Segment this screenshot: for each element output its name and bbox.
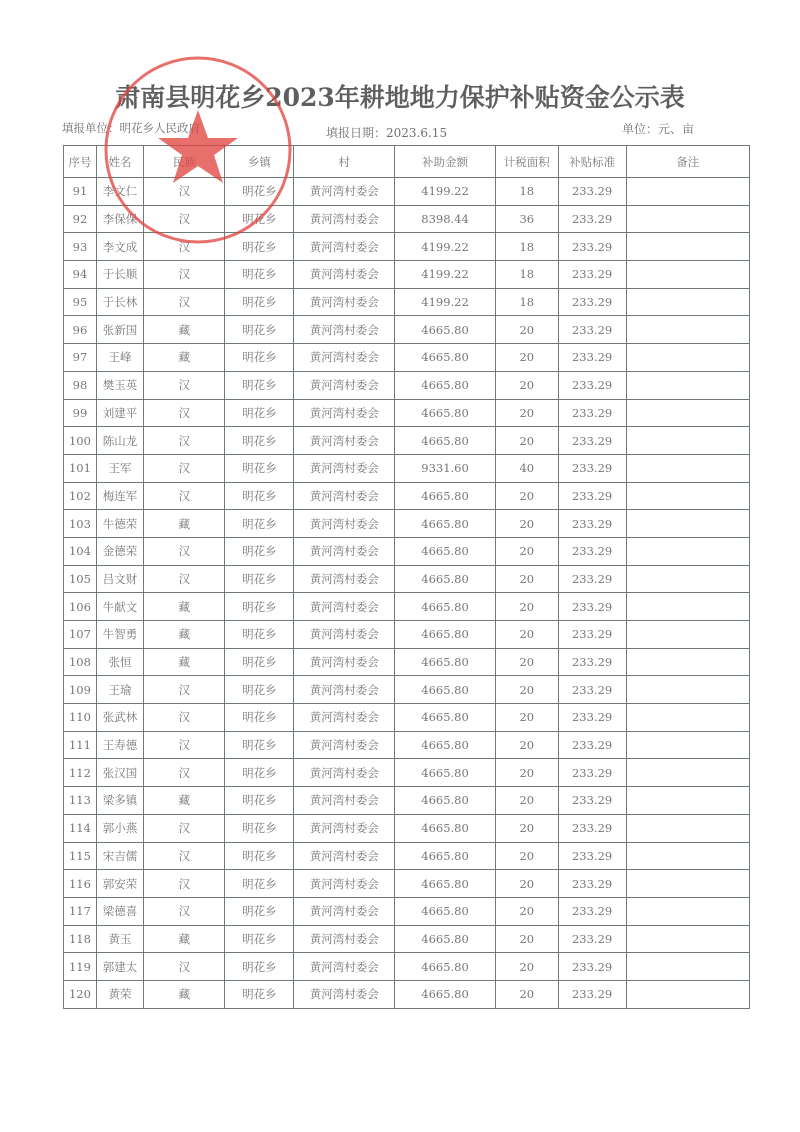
cell-subsidy-standard: 233.29 — [558, 233, 626, 261]
cell-taxable-area: 20 — [495, 897, 558, 925]
table-row: 99刘建平汉明花乡黄河湾村委会4665.8020233.29 — [64, 399, 750, 427]
cell-village: 黄河湾村委会 — [294, 648, 395, 676]
cell-taxable-area: 20 — [495, 731, 558, 759]
cell-remarks — [626, 427, 749, 455]
cell-subsidy-amount: 4665.80 — [395, 371, 496, 399]
cell-village: 黄河湾村委会 — [294, 288, 395, 316]
cell-remarks — [626, 593, 749, 621]
subsidy-table: 序号姓名民族乡镇村补助金额计税面积补贴标准备注 91李文仁汉明花乡黄河湾村委会4… — [63, 145, 750, 1009]
cell-subsidy-standard: 233.29 — [558, 344, 626, 372]
cell-ethnicity: 藏 — [144, 510, 225, 538]
cell-index: 112 — [64, 759, 97, 787]
cell-name: 樊玉英 — [96, 371, 143, 399]
cell-name: 张恒 — [96, 648, 143, 676]
cell-name: 牛献文 — [96, 593, 143, 621]
cell-township: 明花乡 — [225, 621, 294, 649]
cell-name: 郭安荣 — [96, 870, 143, 898]
cell-taxable-area: 20 — [495, 676, 558, 704]
cell-ethnicity: 汉 — [144, 482, 225, 510]
cell-name: 宋吉儒 — [96, 842, 143, 870]
cell-remarks — [626, 482, 749, 510]
cell-index: 115 — [64, 842, 97, 870]
cell-village: 黄河湾村委会 — [294, 704, 395, 732]
cell-subsidy-standard: 233.29 — [558, 565, 626, 593]
cell-name: 黄玉 — [96, 925, 143, 953]
cell-township: 明花乡 — [225, 316, 294, 344]
cell-taxable-area: 20 — [495, 510, 558, 538]
cell-subsidy-amount: 4665.80 — [395, 759, 496, 787]
header-township: 乡镇 — [225, 146, 294, 178]
table-row: 111王寿德汉明花乡黄河湾村委会4665.8020233.29 — [64, 731, 750, 759]
cell-subsidy-standard: 233.29 — [558, 842, 626, 870]
cell-subsidy-standard: 233.29 — [558, 537, 626, 565]
cell-subsidy-standard: 233.29 — [558, 953, 626, 981]
cell-remarks — [626, 316, 749, 344]
table-row: 102梅连军汉明花乡黄河湾村委会4665.8020233.29 — [64, 482, 750, 510]
cell-index: 106 — [64, 593, 97, 621]
cell-ethnicity: 汉 — [144, 953, 225, 981]
cell-taxable-area: 20 — [495, 344, 558, 372]
cell-taxable-area: 18 — [495, 233, 558, 261]
cell-taxable-area: 20 — [495, 759, 558, 787]
cell-subsidy-amount: 4665.80 — [395, 731, 496, 759]
cell-index: 93 — [64, 233, 97, 261]
cell-subsidy-amount: 4665.80 — [395, 980, 496, 1008]
cell-subsidy-standard: 233.29 — [558, 316, 626, 344]
cell-township: 明花乡 — [225, 787, 294, 815]
cell-village: 黄河湾村委会 — [294, 676, 395, 704]
cell-village: 黄河湾村委会 — [294, 233, 395, 261]
cell-subsidy-amount: 4665.80 — [395, 593, 496, 621]
cell-village: 黄河湾村委会 — [294, 621, 395, 649]
cell-taxable-area: 20 — [495, 537, 558, 565]
cell-taxable-area: 20 — [495, 399, 558, 427]
table-row: 112张汉国汉明花乡黄河湾村委会4665.8020233.29 — [64, 759, 750, 787]
cell-remarks — [626, 371, 749, 399]
table-row: 118黄玉藏明花乡黄河湾村委会4665.8020233.29 — [64, 925, 750, 953]
cell-ethnicity: 汉 — [144, 565, 225, 593]
cell-township: 明花乡 — [225, 178, 294, 206]
cell-township: 明花乡 — [225, 454, 294, 482]
cell-township: 明花乡 — [225, 371, 294, 399]
cell-name: 李保保 — [96, 205, 143, 233]
cell-taxable-area: 20 — [495, 593, 558, 621]
cell-subsidy-amount: 4665.80 — [395, 427, 496, 455]
cell-subsidy-standard: 233.29 — [558, 621, 626, 649]
cell-village: 黄河湾村委会 — [294, 593, 395, 621]
cell-name: 李文仁 — [96, 178, 143, 206]
table-row: 114郭小燕汉明花乡黄河湾村委会4665.8020233.29 — [64, 814, 750, 842]
cell-remarks — [626, 510, 749, 538]
header-subsidy-amount: 补助金额 — [395, 146, 496, 178]
cell-remarks — [626, 261, 749, 289]
cell-township: 明花乡 — [225, 925, 294, 953]
table-row: 96张新国藏明花乡黄河湾村委会4665.8020233.29 — [64, 316, 750, 344]
table-row: 119郭建太汉明花乡黄河湾村委会4665.8020233.29 — [64, 953, 750, 981]
table-header-row: 序号姓名民族乡镇村补助金额计税面积补贴标准备注 — [64, 146, 750, 178]
cell-index: 110 — [64, 704, 97, 732]
cell-subsidy-amount: 4665.80 — [395, 870, 496, 898]
cell-name: 于长林 — [96, 288, 143, 316]
cell-remarks — [626, 676, 749, 704]
cell-subsidy-amount: 4665.80 — [395, 510, 496, 538]
table-row: 105吕文财汉明花乡黄河湾村委会4665.8020233.29 — [64, 565, 750, 593]
document-title: 肃南县明花乡2023年耕地地力保护补贴资金公示表 — [0, 78, 800, 114]
cell-subsidy-amount: 4199.22 — [395, 233, 496, 261]
cell-taxable-area: 20 — [495, 870, 558, 898]
header-remarks: 备注 — [626, 146, 749, 178]
cell-taxable-area: 36 — [495, 205, 558, 233]
cell-index: 95 — [64, 288, 97, 316]
cell-village: 黄河湾村委会 — [294, 980, 395, 1008]
cell-subsidy-amount: 4199.22 — [395, 178, 496, 206]
table-row: 103牛德荣藏明花乡黄河湾村委会4665.8020233.29 — [64, 510, 750, 538]
cell-ethnicity: 藏 — [144, 980, 225, 1008]
table-row: 95于长林汉明花乡黄河湾村委会4199.2218233.29 — [64, 288, 750, 316]
cell-taxable-area: 20 — [495, 787, 558, 815]
cell-village: 黄河湾村委会 — [294, 178, 395, 206]
table-row: 97王峰藏明花乡黄河湾村委会4665.8020233.29 — [64, 344, 750, 372]
table-row: 120黄荣藏明花乡黄河湾村委会4665.8020233.29 — [64, 980, 750, 1008]
cell-taxable-area: 20 — [495, 814, 558, 842]
cell-subsidy-standard: 233.29 — [558, 482, 626, 510]
cell-township: 明花乡 — [225, 676, 294, 704]
cell-index: 109 — [64, 676, 97, 704]
cell-ethnicity: 汉 — [144, 704, 225, 732]
cell-remarks — [626, 704, 749, 732]
cell-index: 111 — [64, 731, 97, 759]
cell-ethnicity: 汉 — [144, 731, 225, 759]
cell-village: 黄河湾村委会 — [294, 925, 395, 953]
cell-subsidy-amount: 8398.44 — [395, 205, 496, 233]
cell-remarks — [626, 870, 749, 898]
cell-taxable-area: 20 — [495, 565, 558, 593]
cell-ethnicity: 藏 — [144, 316, 225, 344]
cell-ethnicity: 汉 — [144, 842, 225, 870]
cell-village: 黄河湾村委会 — [294, 399, 395, 427]
cell-index: 108 — [64, 648, 97, 676]
cell-subsidy-standard: 233.29 — [558, 704, 626, 732]
cell-village: 黄河湾村委会 — [294, 787, 395, 815]
cell-subsidy-amount: 4665.80 — [395, 399, 496, 427]
cell-village: 黄河湾村委会 — [294, 537, 395, 565]
cell-remarks — [626, 897, 749, 925]
cell-name: 牛德荣 — [96, 510, 143, 538]
cell-taxable-area: 20 — [495, 925, 558, 953]
cell-taxable-area: 20 — [495, 316, 558, 344]
cell-subsidy-standard: 233.29 — [558, 399, 626, 427]
cell-ethnicity: 藏 — [144, 648, 225, 676]
table-row: 107牛智勇藏明花乡黄河湾村委会4665.8020233.29 — [64, 621, 750, 649]
cell-subsidy-amount: 4665.80 — [395, 704, 496, 732]
cell-township: 明花乡 — [225, 704, 294, 732]
cell-remarks — [626, 454, 749, 482]
cell-subsidy-amount: 4665.80 — [395, 565, 496, 593]
cell-index: 98 — [64, 371, 97, 399]
cell-ethnicity: 藏 — [144, 925, 225, 953]
cell-name: 牛智勇 — [96, 621, 143, 649]
header-name: 姓名 — [96, 146, 143, 178]
cell-township: 明花乡 — [225, 399, 294, 427]
cell-ethnicity: 汉 — [144, 178, 225, 206]
cell-taxable-area: 20 — [495, 371, 558, 399]
cell-remarks — [626, 205, 749, 233]
cell-subsidy-amount: 4665.80 — [395, 621, 496, 649]
cell-subsidy-amount: 4199.22 — [395, 261, 496, 289]
table-row: 113梁多镇藏明花乡黄河湾村委会4665.8020233.29 — [64, 787, 750, 815]
cell-village: 黄河湾村委会 — [294, 205, 395, 233]
cell-subsidy-amount: 4665.80 — [395, 676, 496, 704]
cell-township: 明花乡 — [225, 593, 294, 621]
cell-subsidy-amount: 4665.80 — [395, 897, 496, 925]
cell-township: 明花乡 — [225, 565, 294, 593]
cell-remarks — [626, 842, 749, 870]
cell-township: 明花乡 — [225, 870, 294, 898]
cell-index: 99 — [64, 399, 97, 427]
cell-township: 明花乡 — [225, 731, 294, 759]
cell-name: 王军 — [96, 454, 143, 482]
cell-remarks — [626, 178, 749, 206]
cell-subsidy-standard: 233.29 — [558, 814, 626, 842]
cell-ethnicity: 藏 — [144, 593, 225, 621]
cell-taxable-area: 20 — [495, 621, 558, 649]
report-date: 填报日期：2023.6.15 — [326, 124, 447, 141]
cell-subsidy-amount: 4665.80 — [395, 537, 496, 565]
cell-name: 梁多镇 — [96, 787, 143, 815]
cell-ethnicity: 汉 — [144, 537, 225, 565]
header-ethnicity: 民族 — [144, 146, 225, 178]
cell-township: 明花乡 — [225, 510, 294, 538]
cell-name: 陈山龙 — [96, 427, 143, 455]
cell-township: 明花乡 — [225, 537, 294, 565]
cell-remarks — [626, 648, 749, 676]
cell-index: 102 — [64, 482, 97, 510]
cell-name: 张汉国 — [96, 759, 143, 787]
cell-name: 郭建太 — [96, 953, 143, 981]
table-row: 93李文成汉明花乡黄河湾村委会4199.2218233.29 — [64, 233, 750, 261]
cell-village: 黄河湾村委会 — [294, 814, 395, 842]
cell-subsidy-standard: 233.29 — [558, 205, 626, 233]
cell-ethnicity: 汉 — [144, 897, 225, 925]
cell-township: 明花乡 — [225, 842, 294, 870]
cell-ethnicity: 汉 — [144, 427, 225, 455]
cell-township: 明花乡 — [225, 233, 294, 261]
cell-taxable-area: 20 — [495, 953, 558, 981]
cell-township: 明花乡 — [225, 980, 294, 1008]
table-row: 101王军汉明花乡黄河湾村委会9331.6040233.29 — [64, 454, 750, 482]
header-index: 序号 — [64, 146, 97, 178]
cell-subsidy-amount: 4665.80 — [395, 953, 496, 981]
cell-subsidy-amount: 4665.80 — [395, 482, 496, 510]
table-row: 116郭安荣汉明花乡黄河湾村委会4665.8020233.29 — [64, 870, 750, 898]
cell-village: 黄河湾村委会 — [294, 316, 395, 344]
cell-township: 明花乡 — [225, 344, 294, 372]
cell-village: 黄河湾村委会 — [294, 454, 395, 482]
table-row: 110张武林汉明花乡黄河湾村委会4665.8020233.29 — [64, 704, 750, 732]
cell-taxable-area: 18 — [495, 178, 558, 206]
cell-subsidy-amount: 4665.80 — [395, 316, 496, 344]
cell-index: 104 — [64, 537, 97, 565]
cell-village: 黄河湾村委会 — [294, 759, 395, 787]
cell-remarks — [626, 731, 749, 759]
cell-name: 张新国 — [96, 316, 143, 344]
cell-subsidy-standard: 233.29 — [558, 371, 626, 399]
cell-name: 王寿德 — [96, 731, 143, 759]
cell-township: 明花乡 — [225, 205, 294, 233]
cell-index: 100 — [64, 427, 97, 455]
cell-name: 吕文财 — [96, 565, 143, 593]
cell-index: 114 — [64, 814, 97, 842]
cell-name: 张武林 — [96, 704, 143, 732]
header-village: 村 — [294, 146, 395, 178]
cell-index: 97 — [64, 344, 97, 372]
cell-ethnicity: 汉 — [144, 676, 225, 704]
cell-village: 黄河湾村委会 — [294, 897, 395, 925]
cell-name: 梅连军 — [96, 482, 143, 510]
cell-index: 92 — [64, 205, 97, 233]
cell-ethnicity: 汉 — [144, 205, 225, 233]
cell-name: 王峰 — [96, 344, 143, 372]
cell-subsidy-standard: 233.29 — [558, 454, 626, 482]
reporting-unit: 填报单位：明花乡人民政府 — [62, 120, 200, 136]
cell-subsidy-amount: 4665.80 — [395, 925, 496, 953]
cell-subsidy-standard: 233.29 — [558, 787, 626, 815]
cell-ethnicity: 汉 — [144, 261, 225, 289]
table-row: 117梁德喜汉明花乡黄河湾村委会4665.8020233.29 — [64, 897, 750, 925]
cell-subsidy-standard: 233.29 — [558, 980, 626, 1008]
cell-township: 明花乡 — [225, 897, 294, 925]
cell-name: 黄荣 — [96, 980, 143, 1008]
cell-taxable-area: 20 — [495, 482, 558, 510]
cell-village: 黄河湾村委会 — [294, 344, 395, 372]
cell-village: 黄河湾村委会 — [294, 953, 395, 981]
cell-taxable-area: 20 — [495, 704, 558, 732]
cell-subsidy-amount: 4665.80 — [395, 344, 496, 372]
cell-remarks — [626, 925, 749, 953]
cell-subsidy-standard: 233.29 — [558, 288, 626, 316]
cell-village: 黄河湾村委会 — [294, 842, 395, 870]
cell-remarks — [626, 814, 749, 842]
cell-ethnicity: 汉 — [144, 399, 225, 427]
cell-township: 明花乡 — [225, 288, 294, 316]
cell-ethnicity: 汉 — [144, 371, 225, 399]
cell-taxable-area: 40 — [495, 454, 558, 482]
table-row: 106牛献文藏明花乡黄河湾村委会4665.8020233.29 — [64, 593, 750, 621]
cell-remarks — [626, 759, 749, 787]
cell-ethnicity: 汉 — [144, 288, 225, 316]
cell-name: 刘建平 — [96, 399, 143, 427]
cell-taxable-area: 20 — [495, 842, 558, 870]
cell-ethnicity: 汉 — [144, 454, 225, 482]
cell-remarks — [626, 953, 749, 981]
cell-taxable-area: 18 — [495, 288, 558, 316]
table-row: 94于长顺汉明花乡黄河湾村委会4199.2218233.29 — [64, 261, 750, 289]
cell-subsidy-standard: 233.29 — [558, 427, 626, 455]
cell-name: 于长顺 — [96, 261, 143, 289]
cell-subsidy-standard: 233.29 — [558, 676, 626, 704]
cell-index: 105 — [64, 565, 97, 593]
cell-name: 李文成 — [96, 233, 143, 261]
cell-subsidy-standard: 233.29 — [558, 648, 626, 676]
header-subsidy-standard: 补贴标准 — [558, 146, 626, 178]
cell-name: 郭小燕 — [96, 814, 143, 842]
cell-subsidy-standard: 233.29 — [558, 731, 626, 759]
cell-name: 梁德喜 — [96, 897, 143, 925]
cell-index: 117 — [64, 897, 97, 925]
cell-village: 黄河湾村委会 — [294, 731, 395, 759]
cell-township: 明花乡 — [225, 482, 294, 510]
cell-index: 116 — [64, 870, 97, 898]
cell-index: 107 — [64, 621, 97, 649]
cell-subsidy-standard: 233.29 — [558, 593, 626, 621]
cell-subsidy-standard: 233.29 — [558, 510, 626, 538]
cell-village: 黄河湾村委会 — [294, 371, 395, 399]
cell-ethnicity: 汉 — [144, 759, 225, 787]
cell-index: 94 — [64, 261, 97, 289]
cell-ethnicity: 藏 — [144, 621, 225, 649]
cell-name: 王瑜 — [96, 676, 143, 704]
cell-subsidy-amount: 4665.80 — [395, 648, 496, 676]
cell-subsidy-standard: 233.29 — [558, 925, 626, 953]
cell-village: 黄河湾村委会 — [294, 261, 395, 289]
cell-remarks — [626, 980, 749, 1008]
cell-township: 明花乡 — [225, 759, 294, 787]
cell-remarks — [626, 537, 749, 565]
cell-ethnicity: 藏 — [144, 344, 225, 372]
cell-township: 明花乡 — [225, 261, 294, 289]
cell-remarks — [626, 399, 749, 427]
cell-subsidy-amount: 4665.80 — [395, 842, 496, 870]
cell-township: 明花乡 — [225, 427, 294, 455]
cell-remarks — [626, 565, 749, 593]
table-body: 91李文仁汉明花乡黄河湾村委会4199.2218233.2992李保保汉明花乡黄… — [64, 178, 750, 1009]
table-row: 104金德荣汉明花乡黄河湾村委会4665.8020233.29 — [64, 537, 750, 565]
cell-subsidy-amount: 4199.22 — [395, 288, 496, 316]
cell-index: 113 — [64, 787, 97, 815]
table-row: 98樊玉英汉明花乡黄河湾村委会4665.8020233.29 — [64, 371, 750, 399]
cell-index: 91 — [64, 178, 97, 206]
cell-subsidy-standard: 233.29 — [558, 261, 626, 289]
cell-village: 黄河湾村委会 — [294, 870, 395, 898]
cell-index: 96 — [64, 316, 97, 344]
header-taxable-area: 计税面积 — [495, 146, 558, 178]
cell-subsidy-standard: 233.29 — [558, 897, 626, 925]
cell-subsidy-standard: 233.29 — [558, 178, 626, 206]
cell-remarks — [626, 621, 749, 649]
cell-township: 明花乡 — [225, 648, 294, 676]
cell-taxable-area: 18 — [495, 261, 558, 289]
table-row: 108张恒藏明花乡黄河湾村委会4665.8020233.29 — [64, 648, 750, 676]
cell-taxable-area: 20 — [495, 980, 558, 1008]
cell-index: 101 — [64, 454, 97, 482]
cell-ethnicity: 汉 — [144, 233, 225, 261]
cell-township: 明花乡 — [225, 953, 294, 981]
cell-village: 黄河湾村委会 — [294, 427, 395, 455]
cell-subsidy-amount: 4665.80 — [395, 787, 496, 815]
cell-taxable-area: 20 — [495, 648, 558, 676]
cell-subsidy-amount: 9331.60 — [395, 454, 496, 482]
cell-index: 103 — [64, 510, 97, 538]
table-row: 115宋吉儒汉明花乡黄河湾村委会4665.8020233.29 — [64, 842, 750, 870]
cell-remarks — [626, 288, 749, 316]
table-row: 109王瑜汉明花乡黄河湾村委会4665.8020233.29 — [64, 676, 750, 704]
table-row: 91李文仁汉明花乡黄河湾村委会4199.2218233.29 — [64, 178, 750, 206]
table-row: 100陈山龙汉明花乡黄河湾村委会4665.8020233.29 — [64, 427, 750, 455]
cell-index: 119 — [64, 953, 97, 981]
cell-village: 黄河湾村委会 — [294, 565, 395, 593]
cell-name: 金德荣 — [96, 537, 143, 565]
cell-village: 黄河湾村委会 — [294, 510, 395, 538]
